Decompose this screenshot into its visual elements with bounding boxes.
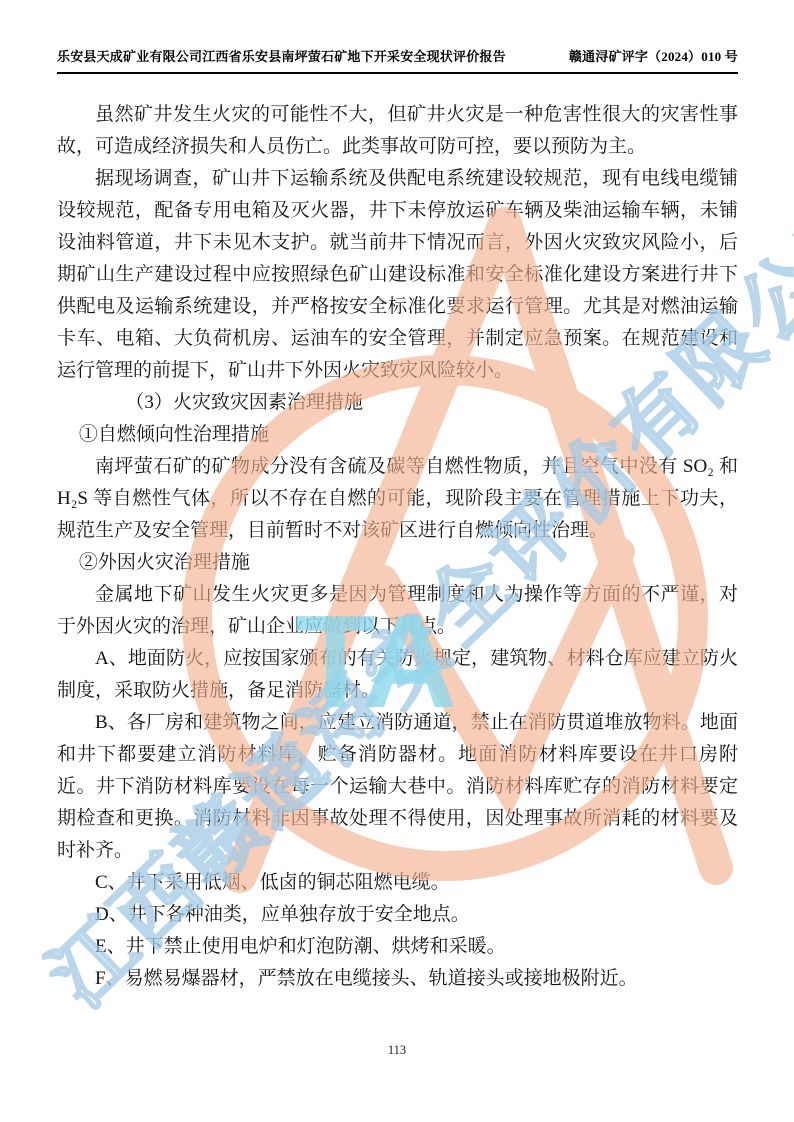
header-doc-number: 赣通浔矿评字（2024）010 号 <box>569 46 738 65</box>
paragraph: D、井下各种油类，应单独存放于安全地点。 <box>57 899 738 931</box>
page-header: 乐安县天成矿业有限公司江西省乐安县南坪萤石矿地下开采安全现状评价报告 赣通浔矿评… <box>57 46 738 74</box>
paragraph: 南坪萤石矿的矿物成分没有含硫及碳等自燃性物质，并且空气中没有 SO₂ 和 H₂S… <box>57 451 738 547</box>
paragraph: F、易燃易爆器材，严禁放在电缆接头、轨道接头或接地极附近。 <box>57 963 738 995</box>
paragraph: B、各厂房和建筑物之间，应建立消防通道，禁止在消防贯道堆放物料。地面和井下都要建… <box>57 707 738 867</box>
paragraph: 据现场调查，矿山井下运输系统及供配电系统建设较规范，现有电线电缆铺设较规范，配备… <box>57 163 738 387</box>
page-footer: 113 <box>0 1043 794 1058</box>
paragraph: 虽然矿井发生火灾的可能性不大，但矿井火灾是一种危害性很大的灾害性事故，可造成经济… <box>57 99 738 163</box>
page-number: 113 <box>388 1043 406 1057</box>
paragraph: 金属地下矿山发生火灾更多是因为管理制度和人为操作等方面的不严谨，对于外因火灾的治… <box>57 579 738 643</box>
report-page: 乐安县天成矿业有限公司江西省乐安县南坪萤石矿地下开采安全现状评价报告 赣通浔矿评… <box>0 0 794 1122</box>
header-report-title: 乐安县天成矿业有限公司江西省乐安县南坪萤石矿地下开采安全现状评价报告 <box>57 46 506 65</box>
paragraph: ②外因火灾治理措施 <box>57 547 738 579</box>
document-body: 虽然矿井发生火灾的可能性不大，但矿井火灾是一种危害性很大的灾害性事故，可造成经济… <box>57 99 738 995</box>
paragraph: C、井下采用低烟、低卤的铜芯阻燃电缆。 <box>57 867 738 899</box>
paragraph: ①自燃倾向性治理措施 <box>57 419 738 451</box>
paragraph: E、井下禁止使用电炉和灯泡防潮、烘烤和采暖。 <box>57 931 738 963</box>
paragraph: A、地面防火，应按国家颁布的有关防火规定，建筑物、材料仓库应建立防火制度，采取防… <box>57 643 738 707</box>
paragraph: （3）火灾致灾因素治理措施 <box>57 387 738 419</box>
